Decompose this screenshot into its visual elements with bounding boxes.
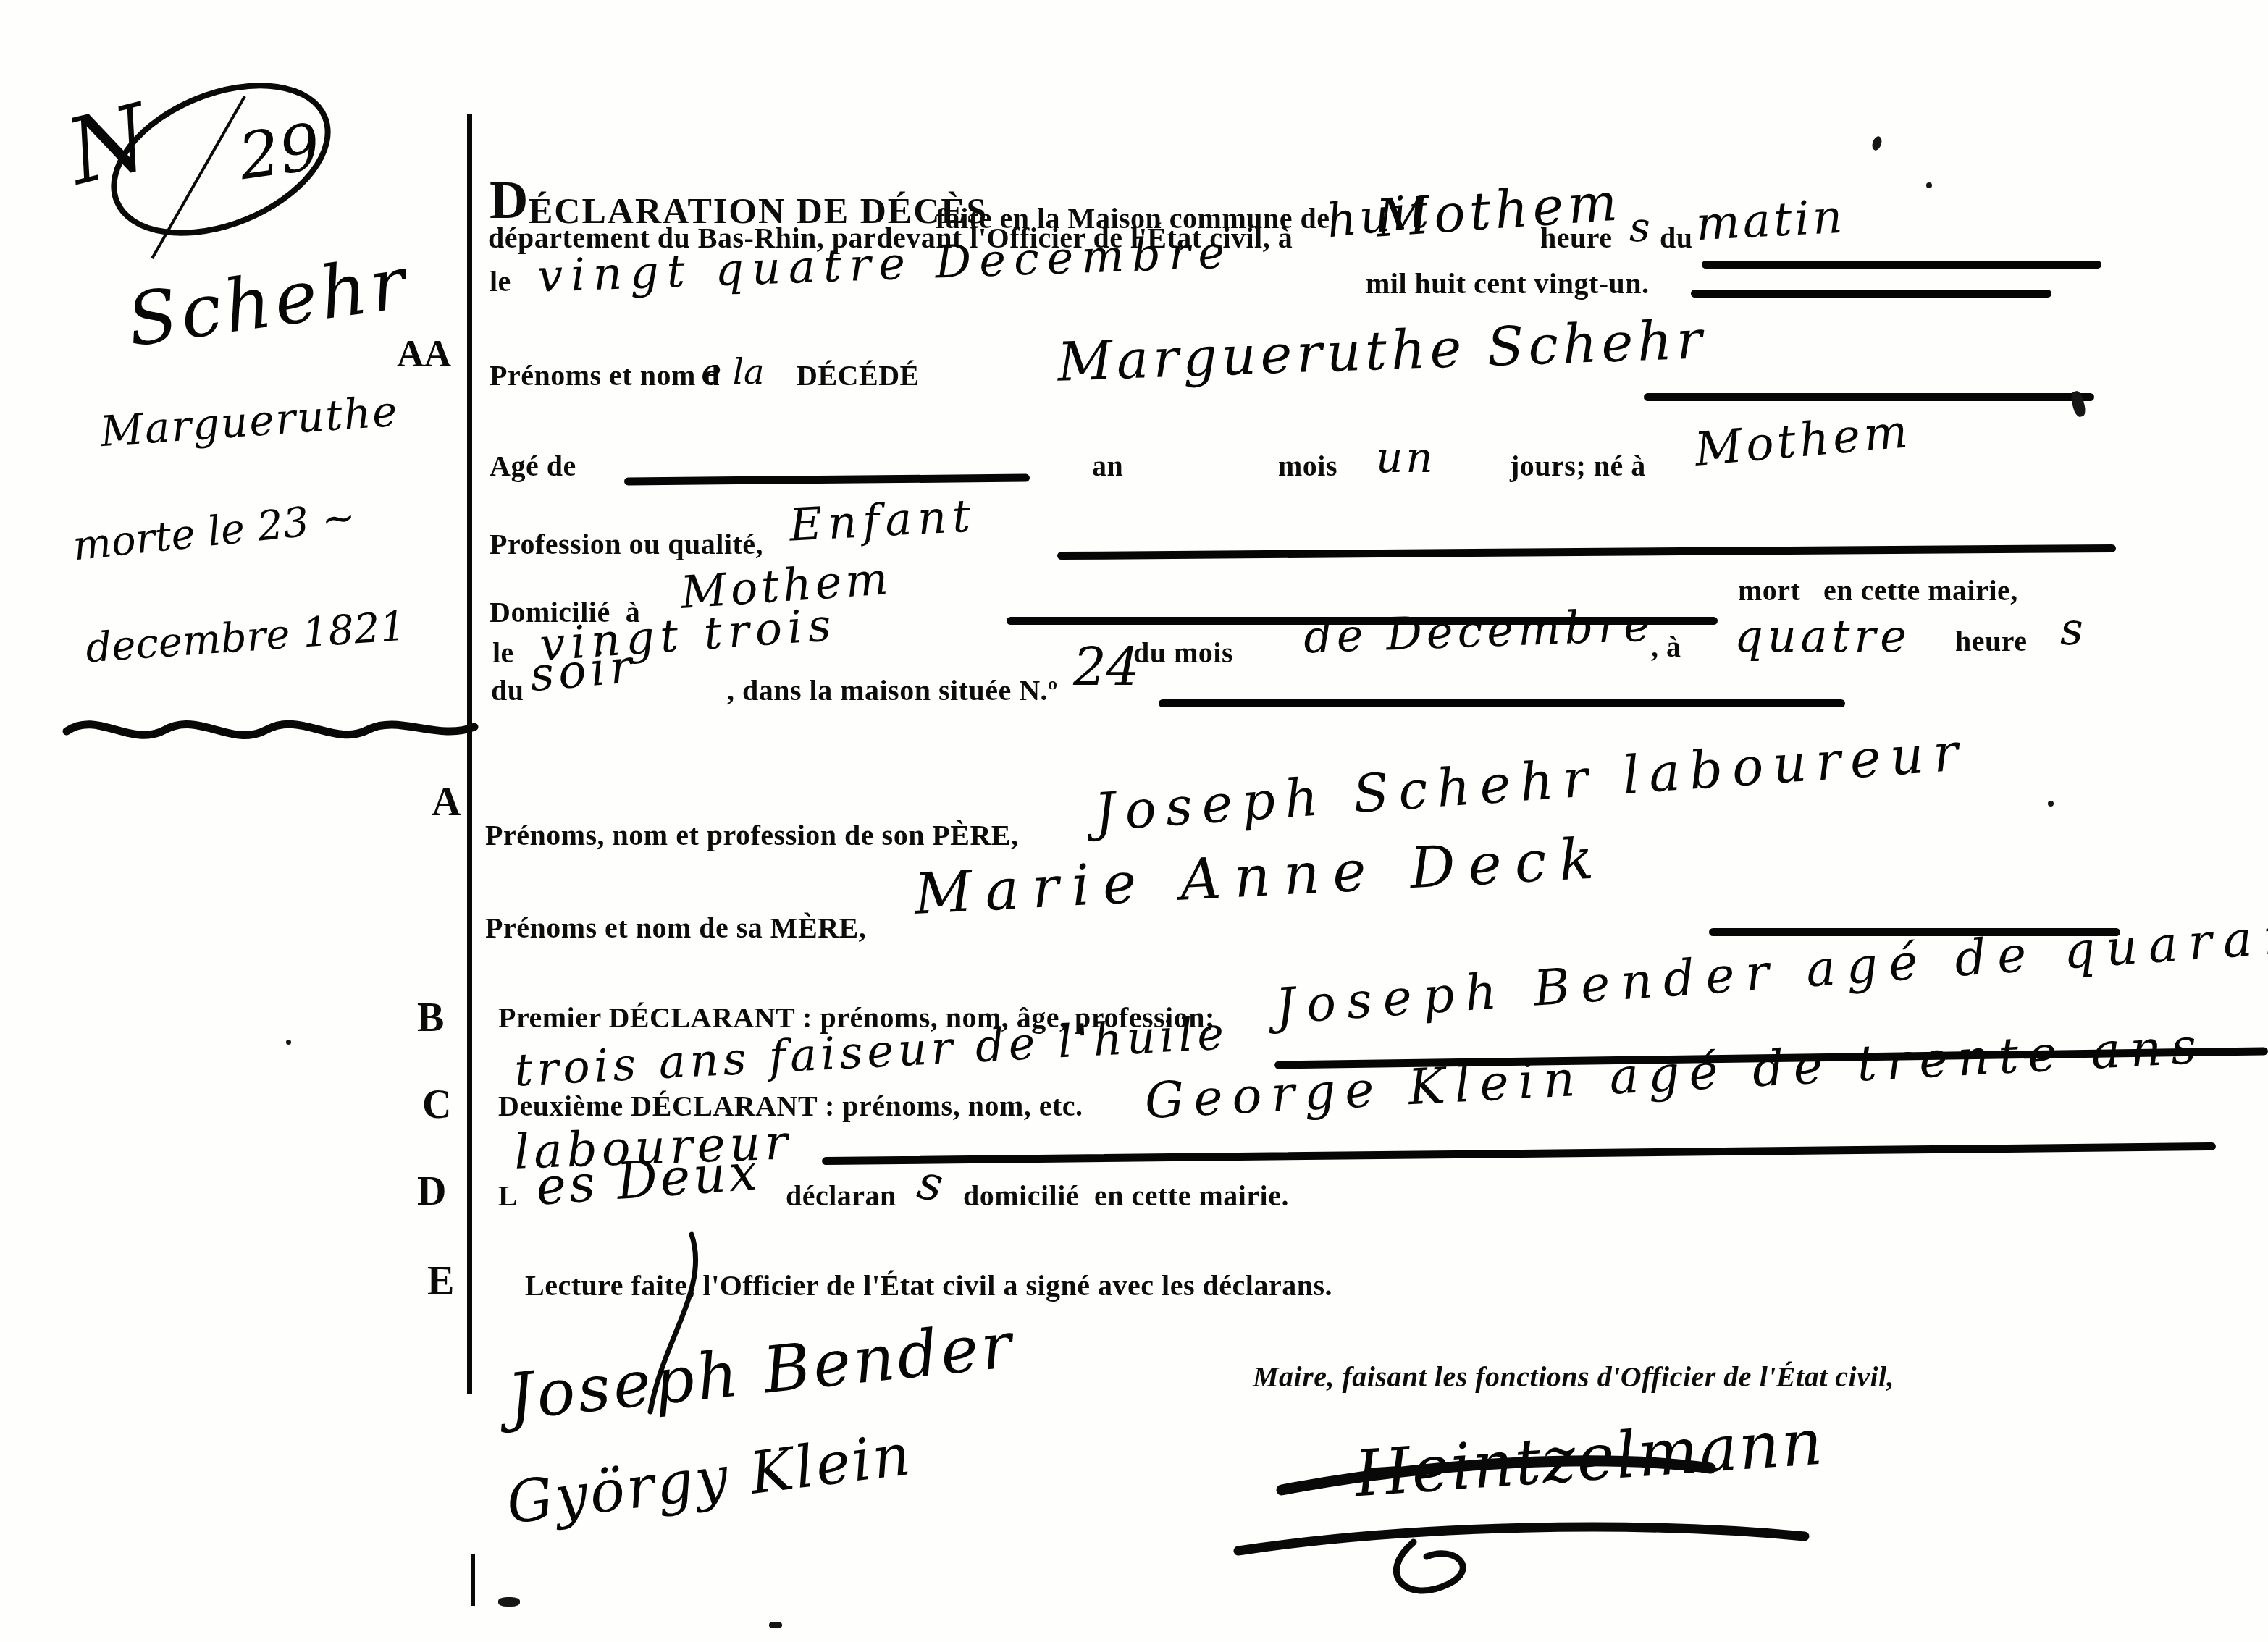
mother-label: Prénoms et nom de sa MÈRE, <box>485 911 866 945</box>
section-label-e: E <box>427 1258 454 1305</box>
section-label-d: D <box>417 1169 446 1215</box>
maison-label: , dans la maison située N.º <box>727 673 1058 707</box>
father-entry: Joseph Schehr laboureur <box>1093 721 1970 843</box>
death-le-word: le <box>492 636 514 670</box>
mois-word: mois <box>1278 449 1337 483</box>
section-label-a: A <box>432 779 461 825</box>
year-line: mil huit cent vingt-un. <box>1366 266 1650 300</box>
deceased-word: DÉCÉDÉ <box>797 358 920 392</box>
death-month-entry: de Decembre <box>1303 599 1655 664</box>
lecture-line: Lecture faite, l'Officier de l'État civi… <box>525 1268 1332 1302</box>
maire-caption: Maire, faisant les fonctions d'Officier … <box>1253 1360 1894 1394</box>
section-label-aa: AA <box>397 333 451 376</box>
fill-line <box>1057 544 2116 560</box>
house-number-entry: 24 <box>1073 637 1140 698</box>
daypart-entry-2: soir <box>528 640 638 702</box>
death-declaration-document: N 29 Schehr Margueruthe morte le 23 ~ de… <box>0 0 2268 1642</box>
domicilie-tail: domicilié en cette mairie. <box>963 1179 1289 1213</box>
deceased-name-entry: Margueruthe Schehr <box>1057 308 1708 393</box>
section-label-b: B <box>417 995 444 1041</box>
fill-line <box>1159 699 1845 707</box>
age-months-entry: un <box>1376 433 1436 482</box>
maire-signature-flourish <box>1231 1448 1854 1600</box>
declarant1-signature: Joseph Bender <box>505 1308 1018 1435</box>
deceased-label-prefix: Prénoms et nom d <box>490 358 720 392</box>
birthplace-entry: Mothem <box>1692 405 1913 477</box>
fill-line <box>1702 261 2101 269</box>
ink-speck <box>498 1597 520 1607</box>
declarant2-signature: György Klein <box>503 1420 915 1537</box>
section-label-c: C <box>422 1082 451 1128</box>
heures-word: heure <box>1540 221 1613 255</box>
fill-line <box>822 1142 2216 1165</box>
heures-word-2: heure <box>1955 624 2028 658</box>
fill-line <box>1691 290 2051 298</box>
margin-divider-rule-stub <box>471 1554 475 1606</box>
ink-speck <box>769 1622 782 1628</box>
du-word-2: du <box>491 673 524 707</box>
heures-s-entry: s <box>1629 204 1650 251</box>
an-word: an <box>1092 449 1123 483</box>
death-hour-entry: quatre <box>1734 610 1911 662</box>
profession-label: Profession ou qualité, <box>490 527 763 561</box>
father-label: Prénoms, nom et profession de son PÈRE, <box>485 818 1019 852</box>
declaran-word: déclaran <box>786 1179 896 1213</box>
declarant2-entry-a: George Klein agé de trente ans <box>1143 1018 2207 1131</box>
fill-line <box>1644 393 2094 401</box>
le-word: le <box>490 264 511 298</box>
declarant1-entry-a: Joseph Bender agé de quaran <box>1274 906 2268 1035</box>
margin-wavy-rule <box>58 704 485 750</box>
du-mois-label: du mois <box>1133 636 1233 670</box>
age-label: Agé de <box>490 449 576 483</box>
ink-speck <box>286 1040 291 1045</box>
act-number: 29 <box>234 109 324 195</box>
hour-entry: huit <box>1324 185 1435 249</box>
ink-speck <box>2048 801 2054 807</box>
fill-line <box>624 474 1030 486</box>
margin-divider-rule <box>467 114 472 1394</box>
du-word: du <box>1660 221 1693 255</box>
a-comma-label: , à <box>1651 630 1681 664</box>
deceased-label-insert: e la <box>701 352 765 392</box>
profession-entry: Enfant <box>788 489 977 551</box>
form-title-initial: D <box>490 174 529 227</box>
ink-speck <box>1870 135 1883 152</box>
heures-s-entry-2: s <box>2060 602 2083 655</box>
margin-death-note-2: decembre 1821 <box>84 603 407 673</box>
ink-speck <box>1926 182 1932 188</box>
daypart-entry: matin <box>1694 190 1847 252</box>
mort-mairie-label: mort en cette mairie, <box>1738 573 2018 607</box>
jours-label: jours; né à <box>1510 449 1646 483</box>
both-declarants-L: L <box>498 1179 518 1213</box>
margin-deceased-firstname: Margueruthe <box>98 387 400 457</box>
margin-death-note-1: morte le 23 ~ <box>71 494 358 571</box>
